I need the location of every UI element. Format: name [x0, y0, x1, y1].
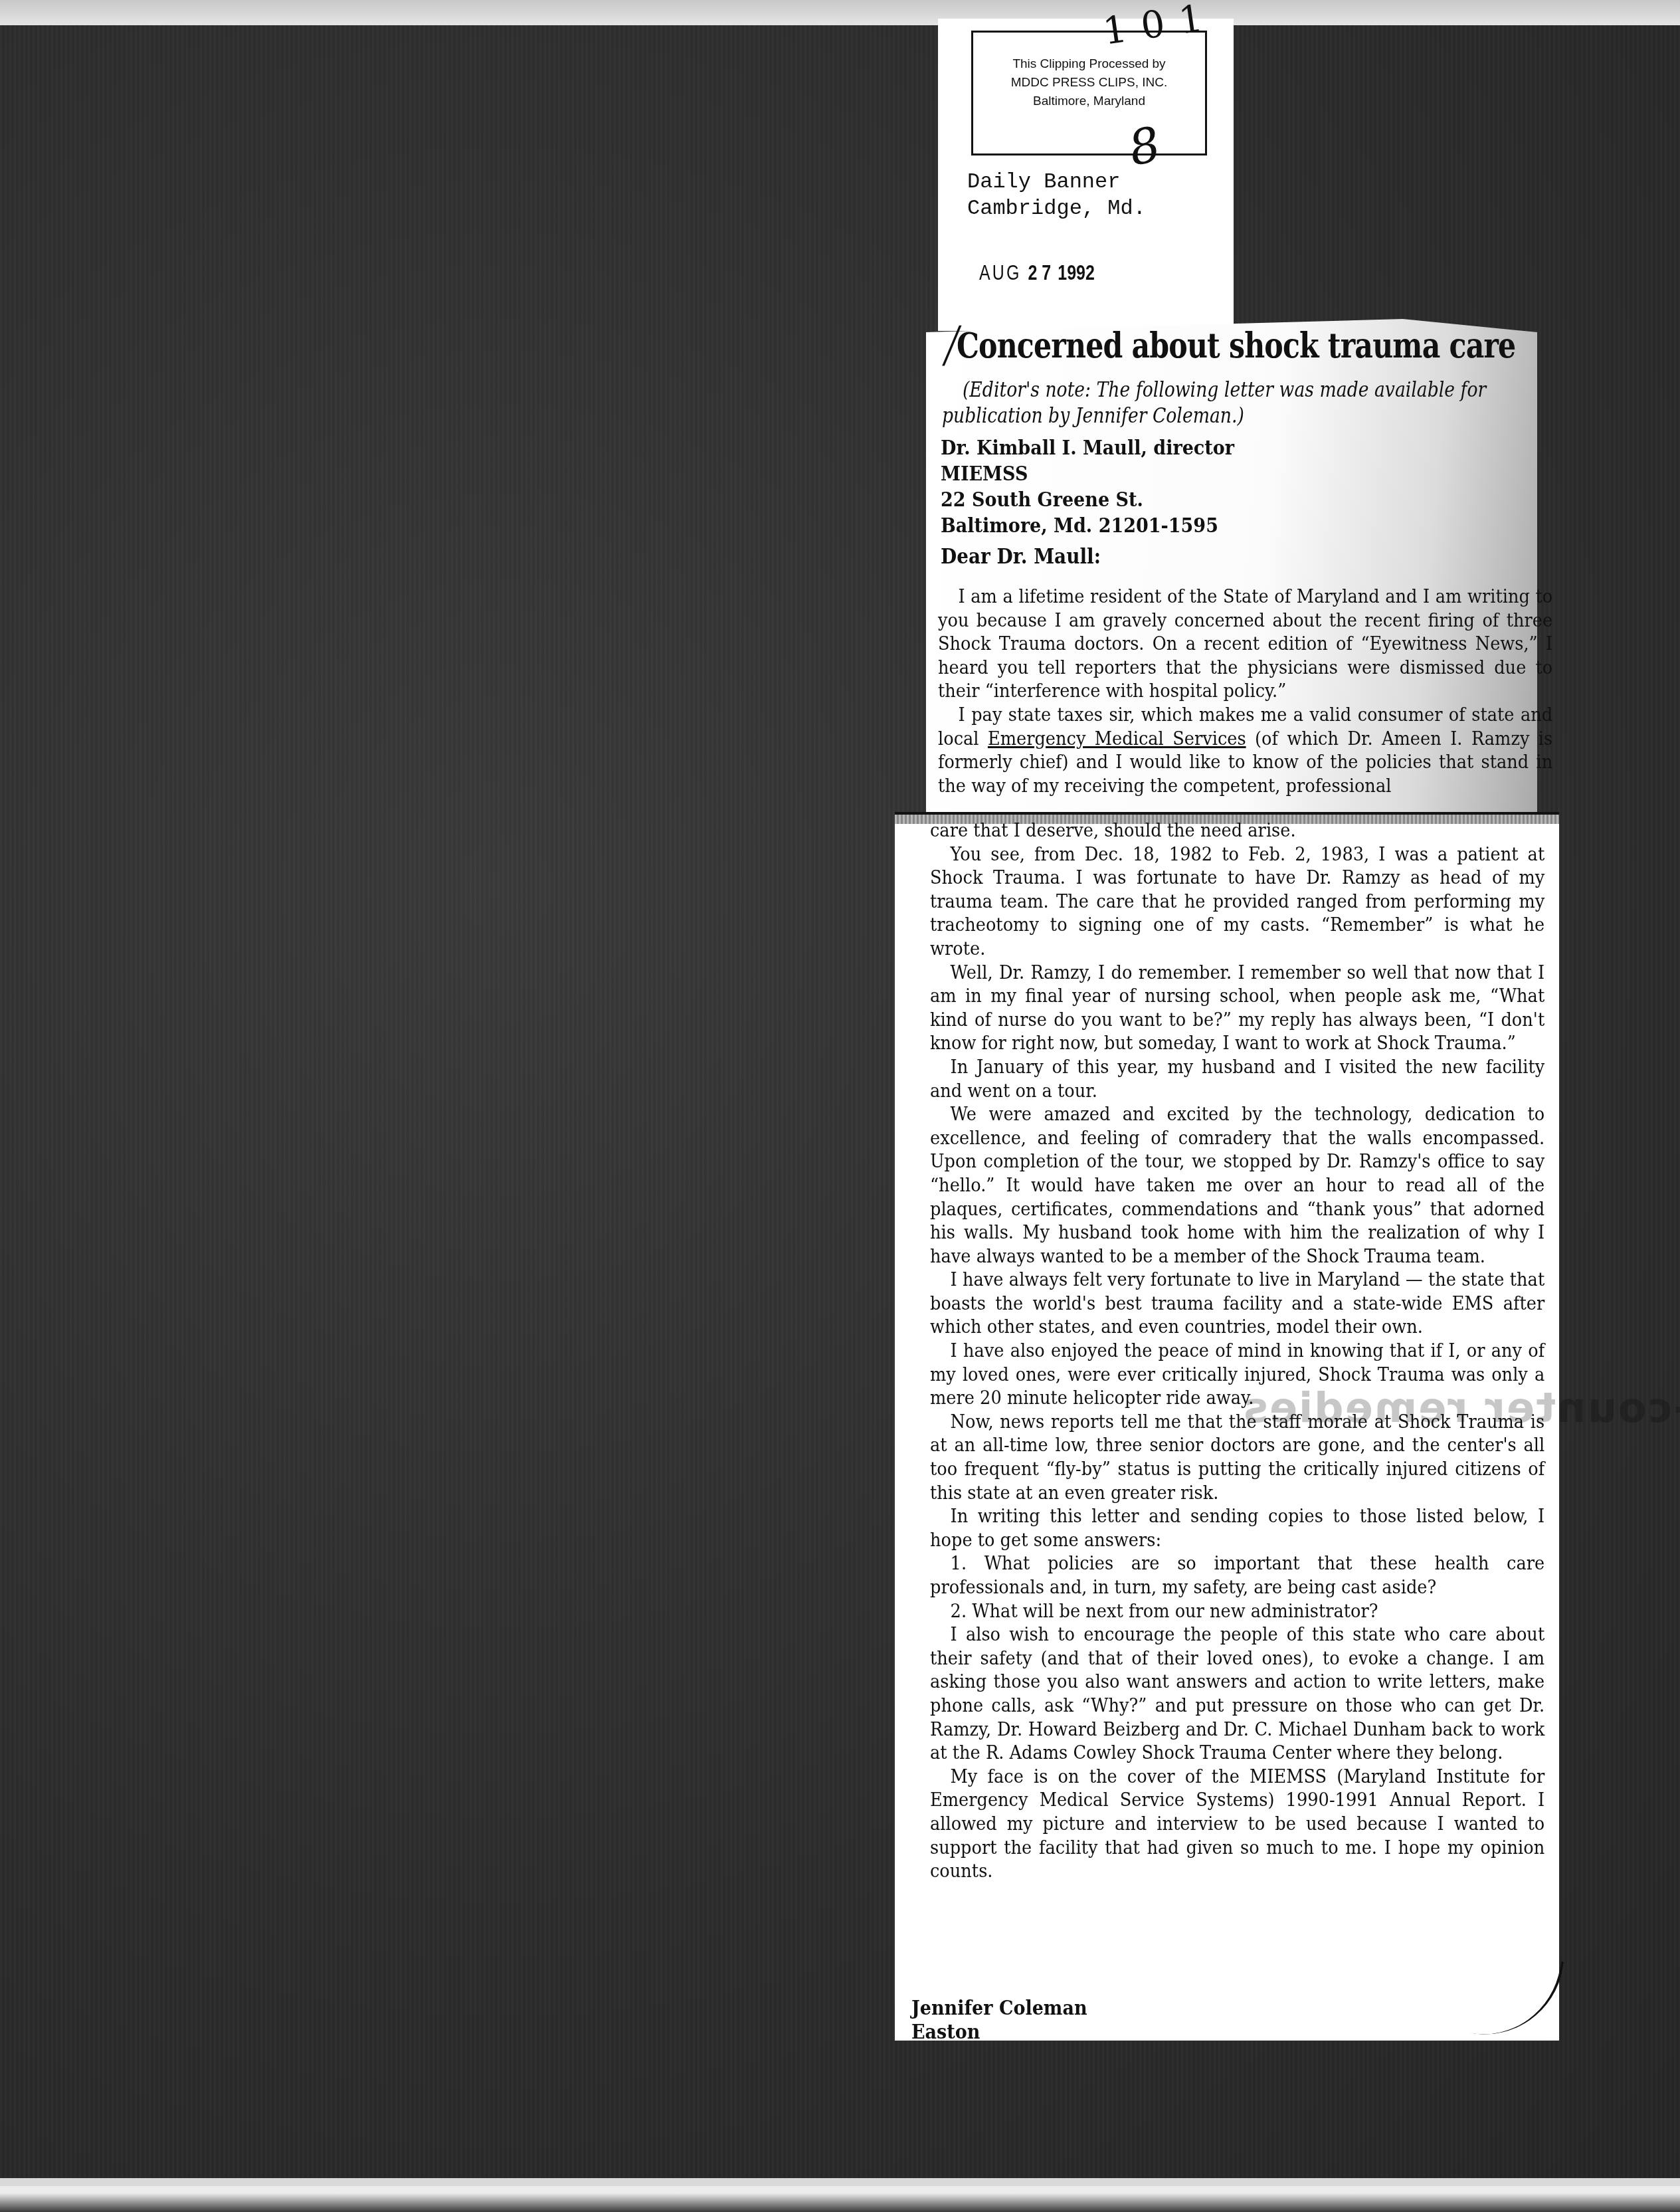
- date-year: 1992: [1058, 260, 1095, 284]
- paragraph: I am a lifetime resident of the State of…: [938, 585, 1552, 703]
- address-line: 22 South Greene St.: [941, 487, 1234, 513]
- publication-name: Daily Banner: [967, 169, 1120, 194]
- clipping-service-stamp: This Clipping Processed by MDDC PRESS CL…: [971, 31, 1207, 155]
- address-line: MIEMSS: [941, 461, 1234, 487]
- bleed-through-text: over-the-counter remedies: [1242, 1383, 1680, 1432]
- underlined-phrase: Emergency Medical Services: [988, 728, 1246, 750]
- recipient-address: Dr. Kimball I. Maull, director MIEMSS 22…: [941, 435, 1234, 539]
- paragraph: Well, Dr. Ramzy, I do remember. I rememb…: [930, 961, 1544, 1055]
- date-stamp: AUG 2 7 1992: [979, 260, 1095, 285]
- list-item: 2. What will be next from our new admini…: [930, 1599, 1544, 1623]
- salutation: Dear Dr. Maull:: [941, 545, 1101, 569]
- publication-location: Cambridge, Md.: [967, 196, 1146, 221]
- letter-body-lower: care that I deserve, should the need ari…: [930, 819, 1544, 1883]
- article-headline: ╱Concerned about shock trauma care: [943, 326, 1515, 366]
- signature-town: Easton: [911, 2021, 1087, 2045]
- paragraph: In writing this letter and sending copie…: [930, 1504, 1544, 1552]
- paragraph: I also wish to encourage the people of t…: [930, 1623, 1544, 1765]
- continued-line: care that I deserve, should the need ari…: [930, 819, 1544, 843]
- paragraph: I pay state taxes sir, which makes me a …: [938, 703, 1552, 797]
- paragraph: My face is on the cover of the MIEMSS (M…: [930, 1765, 1544, 1883]
- letter-body-upper: I am a lifetime resident of the State of…: [938, 585, 1552, 797]
- paragraph: In January of this year, my husband and …: [930, 1055, 1544, 1102]
- address-line: Dr. Kimball I. Maull, director: [941, 435, 1234, 461]
- scan-top-margin: [0, 0, 1680, 27]
- stamp-line-2: MDDC PRESS CLIPS, INC.: [1011, 74, 1167, 92]
- stamp-line-3: Baltimore, Maryland: [1033, 92, 1145, 111]
- publication-info: Daily Banner Cambridge, Md.: [967, 169, 1146, 222]
- signature-name: Jennifer Coleman: [911, 1997, 1087, 2021]
- scan-bottom-edge: [0, 2193, 1680, 2212]
- editors-note: (Editor's note: The following letter was…: [942, 377, 1536, 429]
- date-day: 2 7: [1028, 260, 1052, 284]
- list-item: 1. What policies are so important that t…: [930, 1552, 1544, 1599]
- paragraph: You see, from Dec. 18, 1982 to Feb. 2, 1…: [930, 843, 1544, 961]
- signature-block: Jennifer Coleman Easton: [911, 1997, 1087, 2045]
- paragraph: We were amazed and excited by the techno…: [930, 1102, 1544, 1268]
- address-line: Baltimore, Md. 21201-1595: [941, 513, 1234, 539]
- paragraph: I have always felt very fortunate to liv…: [930, 1268, 1544, 1339]
- date-month: AUG: [979, 260, 1021, 284]
- stamp-line-1: This Clipping Processed by: [1012, 55, 1165, 74]
